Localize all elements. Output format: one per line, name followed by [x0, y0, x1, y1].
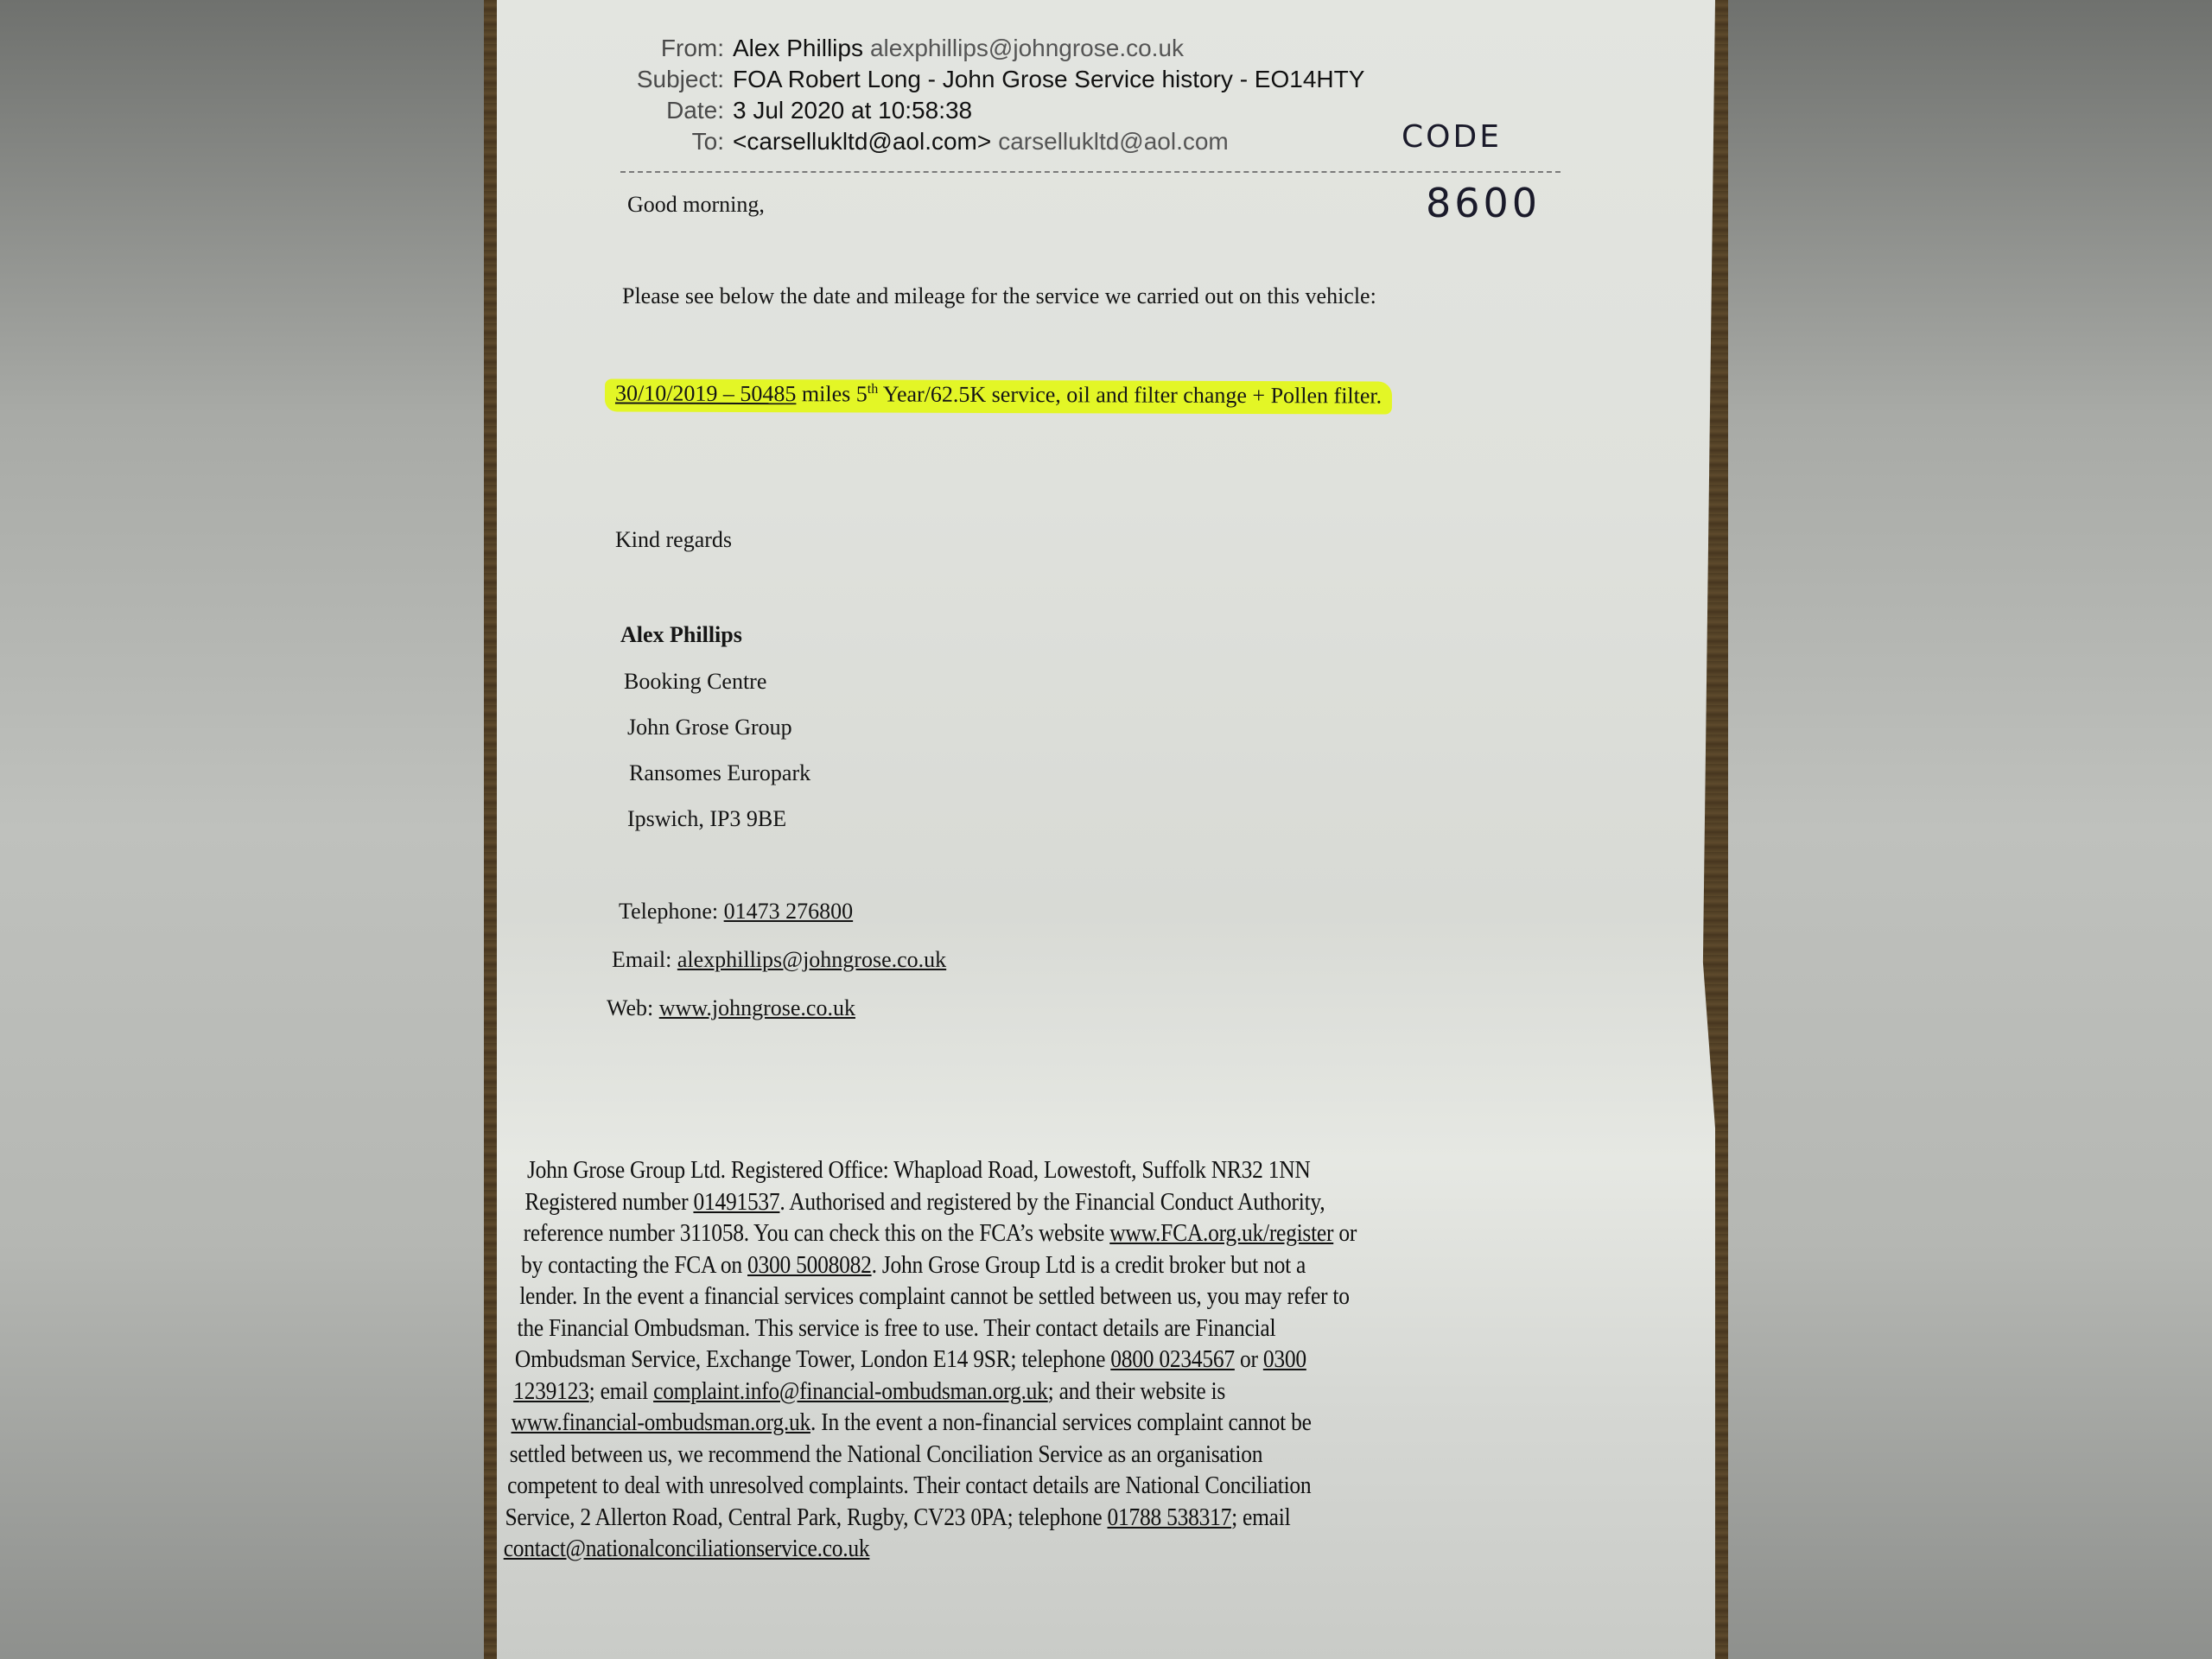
- footer-link[interactable]: 0800 0234567: [1110, 1345, 1235, 1373]
- telephone-link[interactable]: 01473 276800: [724, 899, 854, 924]
- footer-line: lender. In the event a financial service…: [519, 1281, 1478, 1313]
- footer-line: the Financial Ombudsman. This service is…: [518, 1313, 1478, 1344]
- intro-paragraph: Please see below the date and mileage fo…: [622, 283, 1376, 309]
- web-label: Web:: [607, 995, 659, 1020]
- service-text-2: Year/62.5K service, oil and filter chang…: [878, 382, 1382, 409]
- handwritten-code-label: CODE: [1402, 119, 1502, 155]
- footer-text: Ombudsman Service, Exchange Tower, Londo…: [515, 1345, 1110, 1373]
- footer-line: settled between us, we recommend the Nat…: [510, 1439, 1478, 1471]
- subject-row: Subject: FOA Robert Long - John Grose Se…: [605, 64, 1364, 95]
- signature-name: Alex Phillips: [620, 622, 742, 648]
- service-text-1: miles 5: [796, 381, 867, 406]
- date-label: Date:: [605, 95, 724, 126]
- footer-text: or: [1235, 1345, 1263, 1373]
- footer-link[interactable]: 1239123: [513, 1377, 588, 1405]
- signature-address: Ransomes Europark: [629, 760, 810, 786]
- from-name: Alex Phillips: [733, 33, 863, 64]
- from-row: From: Alex Phillips alexphillips@johngro…: [605, 33, 1364, 64]
- email-line: Email: alexphillips@johngrose.co.uk: [612, 947, 946, 973]
- background-blur-right: [1728, 0, 2212, 1659]
- email-label: Email:: [612, 947, 677, 972]
- signature-city: Ipswich, IP3 9BE: [627, 806, 786, 832]
- web-link[interactable]: www.johngrose.co.uk: [659, 995, 855, 1020]
- footer-link[interactable]: www.FCA.org.uk/register: [1109, 1219, 1333, 1247]
- to-label: To:: [605, 126, 724, 157]
- footer-line: Registered number 01491537. Authorised a…: [524, 1186, 1478, 1218]
- highlighted-service-record: 30/10/2019 – 50485 miles 5th Year/62.5K …: [605, 378, 1392, 414]
- footer-text: ; email: [1231, 1503, 1290, 1531]
- web-line: Web: www.johngrose.co.uk: [607, 995, 855, 1021]
- footer-link[interactable]: 0300: [1263, 1345, 1306, 1373]
- footer-line: contact@nationalconciliationservice.co.u…: [504, 1533, 1478, 1565]
- from-email: alexphillips@johngrose.co.uk: [870, 33, 1184, 64]
- footer-link[interactable]: www.financial-ombudsman.org.uk: [512, 1408, 810, 1436]
- telephone-line: Telephone: 01473 276800: [619, 899, 853, 925]
- footer-line: reference number 311058. You can check t…: [524, 1217, 1478, 1249]
- ordinal-suffix: th: [868, 382, 879, 397]
- signature-department: Booking Centre: [624, 669, 766, 695]
- footer-text: competent to deal with unresolved compla…: [507, 1471, 1311, 1499]
- service-date-mileage: 30/10/2019 – 50485: [615, 380, 797, 406]
- footer-text: Registered number: [524, 1188, 693, 1216]
- footer-text: . Authorised and registered by the Finan…: [779, 1188, 1325, 1216]
- footer-link[interactable]: 01788 538317: [1108, 1503, 1232, 1531]
- footer-link[interactable]: 0300 5008082: [747, 1251, 872, 1279]
- footer-text: reference number 311058. You can check t…: [524, 1219, 1110, 1247]
- date-row: Date: 3 Jul 2020 at 10:58:38: [605, 95, 1364, 126]
- closing: Kind regards: [615, 527, 732, 553]
- date-text: 3 Jul 2020 at 10:58:38: [733, 95, 972, 126]
- email-link[interactable]: alexphillips@johngrose.co.uk: [677, 947, 946, 972]
- to-email: carsellukltd@aol.com: [998, 126, 1229, 157]
- footer-line: John Grose Group Ltd. Registered Office:…: [527, 1154, 1478, 1186]
- footer-link[interactable]: contact@nationalconciliationservice.co.u…: [504, 1535, 870, 1562]
- legal-footer: John Grose Group Ltd. Registered Office:…: [527, 1154, 1478, 1565]
- telephone-label: Telephone:: [619, 899, 724, 924]
- subject-text: FOA Robert Long - John Grose Service his…: [733, 64, 1364, 95]
- footer-text: or: [1333, 1219, 1357, 1247]
- footer-line: competent to deal with unresolved compla…: [507, 1470, 1478, 1502]
- footer-text: by contacting the FCA on: [521, 1251, 747, 1279]
- email-header: From: Alex Phillips alexphillips@johngro…: [605, 33, 1364, 157]
- subject-label: Subject:: [605, 64, 724, 95]
- footer-text: . John Grose Group Ltd is a credit broke…: [872, 1251, 1306, 1279]
- footer-text: lender. In the event a financial service…: [519, 1282, 1350, 1310]
- footer-link[interactable]: 01491537: [693, 1188, 779, 1216]
- footer-line: Service, 2 Allerton Road, Central Park, …: [505, 1502, 1478, 1534]
- footer-text: the Financial Ombudsman. This service is…: [518, 1314, 1276, 1342]
- footer-text: ; email: [589, 1377, 653, 1405]
- handwritten-code-value: 8600: [1426, 180, 1541, 226]
- footer-line: www.financial-ombudsman.org.uk. In the e…: [512, 1407, 1478, 1439]
- footer-text: ; and their website is: [1048, 1377, 1225, 1405]
- from-label: From:: [605, 33, 724, 64]
- to-bracketed: <carsellukltd@aol.com>: [733, 126, 991, 157]
- footer-text: settled between us, we recommend the Nat…: [510, 1440, 1262, 1468]
- signature-company: John Grose Group: [627, 715, 792, 741]
- greeting: Good morning,: [627, 192, 765, 218]
- footer-text: Service, 2 Allerton Road, Central Park, …: [505, 1503, 1107, 1531]
- footer-link[interactable]: complaint.info@financial-ombudsman.org.u…: [653, 1377, 1048, 1405]
- footer-text: John Grose Group Ltd. Registered Office:…: [527, 1156, 1311, 1184]
- footer-text: . In the event a non-financial services …: [810, 1408, 1312, 1436]
- header-divider: [620, 171, 1560, 173]
- background-blur-left: [0, 0, 484, 1659]
- footer-line: by contacting the FCA on 0300 5008082. J…: [521, 1249, 1478, 1281]
- footer-line: Ombudsman Service, Exchange Tower, Londo…: [515, 1344, 1478, 1376]
- to-row: To: <carsellukltd@aol.com> carsellukltd@…: [605, 126, 1364, 157]
- footer-line: 1239123; email complaint.info@financial-…: [513, 1376, 1478, 1408]
